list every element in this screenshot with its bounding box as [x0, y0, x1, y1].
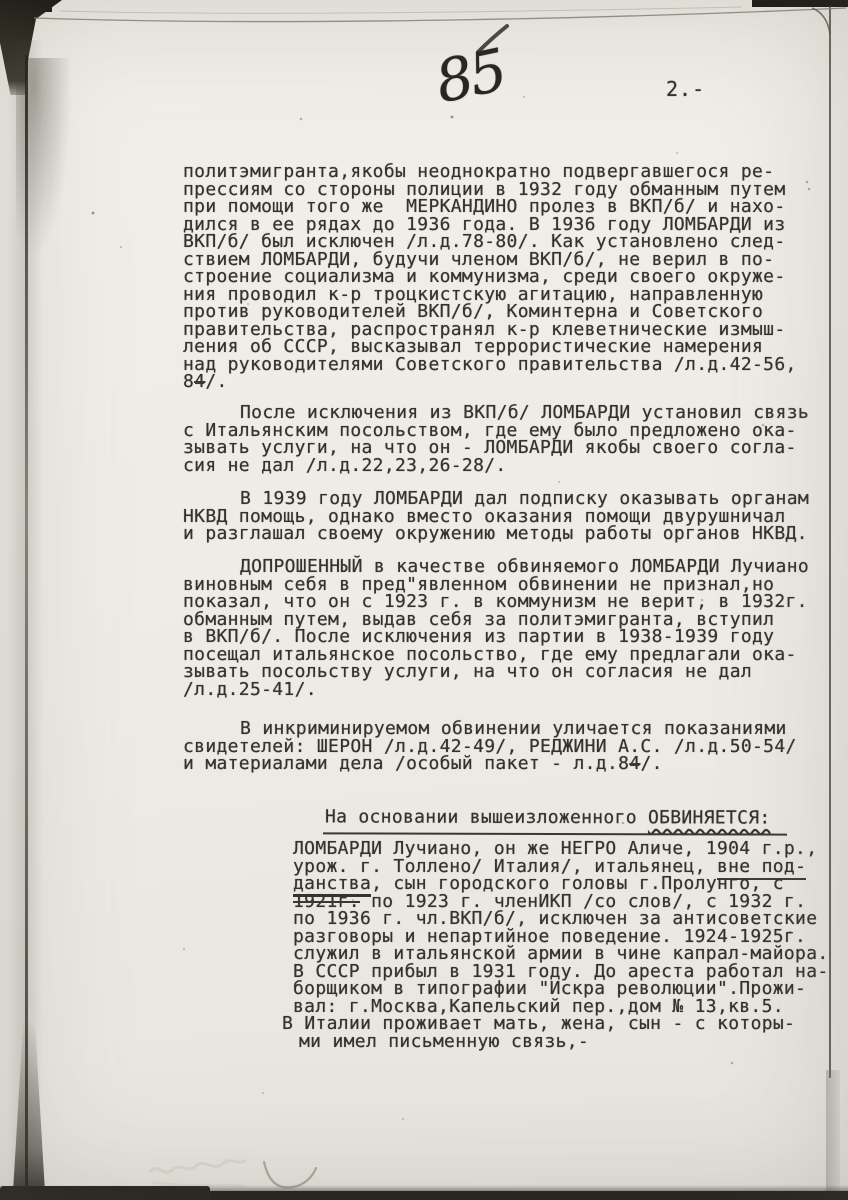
- struck-digit: 4: [629, 753, 640, 774]
- text-line: при помощи того же МЕРКАНДИНО пролез в В…: [183, 198, 797, 216]
- text-line: ми имел письменную связь,-: [299, 1033, 829, 1051]
- text-line: борщиком в типографии "Искра революции".…: [293, 980, 829, 998]
- text-line: зывать услуги, на что он - ЛОМБАРДИ якоб…: [183, 439, 809, 457]
- page-edge-line-right: [829, 6, 831, 1078]
- text-line: ления об СССР, высказывал террористическ…: [183, 338, 797, 356]
- binding-crease-line: [25, 55, 28, 1192]
- paragraph-interrogation: ДОПРОШЕННЫЙ в качестве обвиняемого ЛОМБА…: [183, 558, 809, 698]
- text-line: показал, что он с 1923 г. в коммунизм не…: [183, 593, 809, 611]
- text-line: над руководителями Советского правительс…: [183, 356, 797, 374]
- text-line: против руководителей ВКП/б/, Коминтерна …: [183, 303, 797, 321]
- text-line: ДОПРОШЕННЫЙ в качестве обвиняемого ЛОМБА…: [183, 558, 809, 576]
- text-line: сия не дал /л.д.22,23,26-28/.: [183, 457, 809, 475]
- binding-corner-shadow: [0, 0, 62, 95]
- scan-edge-top-left: [0, 0, 52, 12]
- text-line: В 1939 году ЛОМБАРДИ дал подписку оказыв…: [183, 490, 809, 508]
- text-line: После исключения из ВКП/б/ ЛОМБАРДИ уста…: [183, 404, 809, 422]
- text-line: В Италии проживает мать, жена, сын - с к…: [282, 1015, 829, 1033]
- paragraph-witnesses: В инкриминируемом обвинении уличается по…: [183, 720, 797, 773]
- handwritten-page-number: 85: [430, 36, 510, 117]
- text-line: /л.д.25-41/.: [183, 681, 809, 699]
- scan-edge-top-right: [752, 0, 848, 7]
- scan-edge-bottom-left: [0, 1186, 210, 1200]
- text-line: политэмигранта,якобы неоднократно подвер…: [183, 163, 797, 181]
- text-line: служил в итальянской армии в чине капрал…: [293, 945, 829, 963]
- typed-page-number: 2.-: [666, 77, 705, 101]
- page-edge-soft-right: [826, 1070, 840, 1192]
- emphasized-word: ОБВИНЯЕТСЯ:: [648, 807, 771, 828]
- paragraph-biography: ЛОМБАРДИ Лучиано, он же НЕГРО Аличе, 190…: [293, 840, 829, 1050]
- paragraph-repression-history: политэмигранта,якобы неоднократно подвер…: [183, 163, 797, 391]
- scan-edge-bottom-shadow: [0, 1185, 848, 1192]
- text-line: ВКП/б/ был исключен /л.д.78-80/. Как уст…: [183, 233, 797, 251]
- text-line: В инкриминируемом обвинении уличается по…: [183, 720, 797, 738]
- binding-smudge: [16, 58, 72, 258]
- text-line: 84/.: [183, 373, 797, 391]
- text-line: строение социализма и коммунизма, среди …: [183, 268, 797, 286]
- binding-shadow: [7, 40, 43, 1190]
- text-line: по 1936 г. чл.ВКП/б/, исключен за антисо…: [293, 910, 829, 928]
- text-line: и материалами дела /особый пакет - л.д.8…: [183, 755, 797, 773]
- struck-digit: 4: [194, 371, 205, 392]
- paragraph-embassy-contact: После исключения из ВКП/б/ ЛОМБАРДИ уста…: [183, 404, 809, 474]
- scan-edge-bottom: [0, 1191, 848, 1200]
- paper-speckles: [0, 0, 2, 2]
- binding-shadow-bottom: [13, 1020, 45, 1192]
- paragraph-nkvd-pledge: В 1939 году ЛОМБАРДИ дал подписку оказыв…: [183, 490, 809, 543]
- scanned-document-page: 85 2.- политэмигранта,якобы неоднократно…: [0, 0, 848, 1200]
- text-line: зывать посольству услуги, на что он согл…: [183, 663, 809, 681]
- text-line: и разглашал своему окружению методы рабо…: [183, 525, 809, 543]
- text-line: в ВКП/б/. После исключения из партии в 1…: [183, 628, 809, 646]
